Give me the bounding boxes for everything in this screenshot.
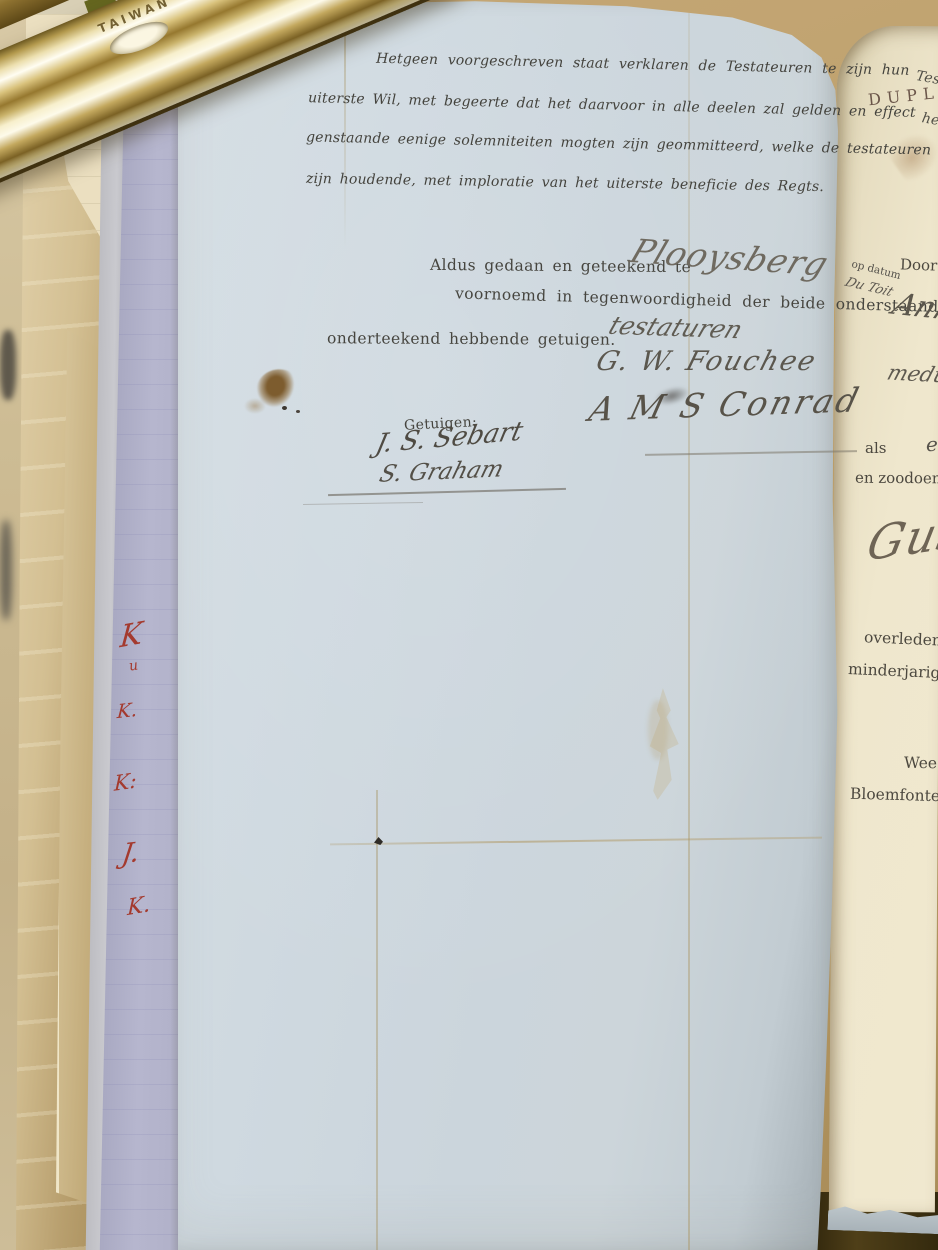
overleden-label: overleden, <box>864 628 938 650</box>
left-paper-dark-patch <box>0 330 16 400</box>
duplicate-page <box>829 26 938 1213</box>
fold-crease-vertical <box>376 790 378 1250</box>
water-stain-core <box>648 700 668 760</box>
medu-handwritten: medü <box>884 361 938 388</box>
fold-crease-vertical <box>344 0 346 250</box>
red-margin-letter: K. <box>127 892 151 922</box>
red-margin-letter: K. <box>116 699 138 723</box>
wee-label: Wee <box>904 754 937 773</box>
als-label: als <box>865 439 886 457</box>
door-label: Door <box>900 255 938 274</box>
left-paper-dark-patch <box>0 520 12 620</box>
ink-speck <box>296 410 300 413</box>
red-margin-letter: K: <box>114 768 137 796</box>
red-margin-letter: K <box>119 616 144 656</box>
onderteekend-line: onderteekend hebbende getuigen. <box>327 329 616 349</box>
als-handwritten: e <box>926 432 938 456</box>
zoodoende-label: en zoodoen <box>855 469 938 488</box>
ink-speck <box>282 406 287 410</box>
fold-crease-horizontal <box>330 837 822 846</box>
testateuren-handwritten: testaturen <box>605 311 747 344</box>
photo-of-document: K u K. K: J. K. Hetgeen voorgeschreven s… <box>0 0 938 1250</box>
signature-fouchee: G. W. Fouchee <box>593 346 821 377</box>
stain-tail <box>244 398 266 414</box>
bloemfontein-label: Bloemfontei <box>850 785 938 805</box>
